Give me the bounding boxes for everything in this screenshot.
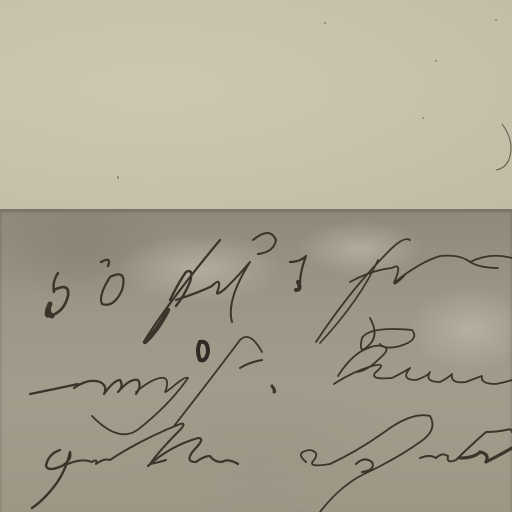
hair-fiber-icon xyxy=(494,122,512,174)
sheet-top-edge xyxy=(0,209,512,212)
paper-speck xyxy=(495,19,497,21)
paper-speck xyxy=(324,22,326,24)
paper-speck xyxy=(422,117,424,119)
paper-speck xyxy=(435,60,437,62)
mounting-card xyxy=(0,0,512,215)
manuscript-sheet xyxy=(0,209,512,512)
paper-speck xyxy=(117,176,119,179)
